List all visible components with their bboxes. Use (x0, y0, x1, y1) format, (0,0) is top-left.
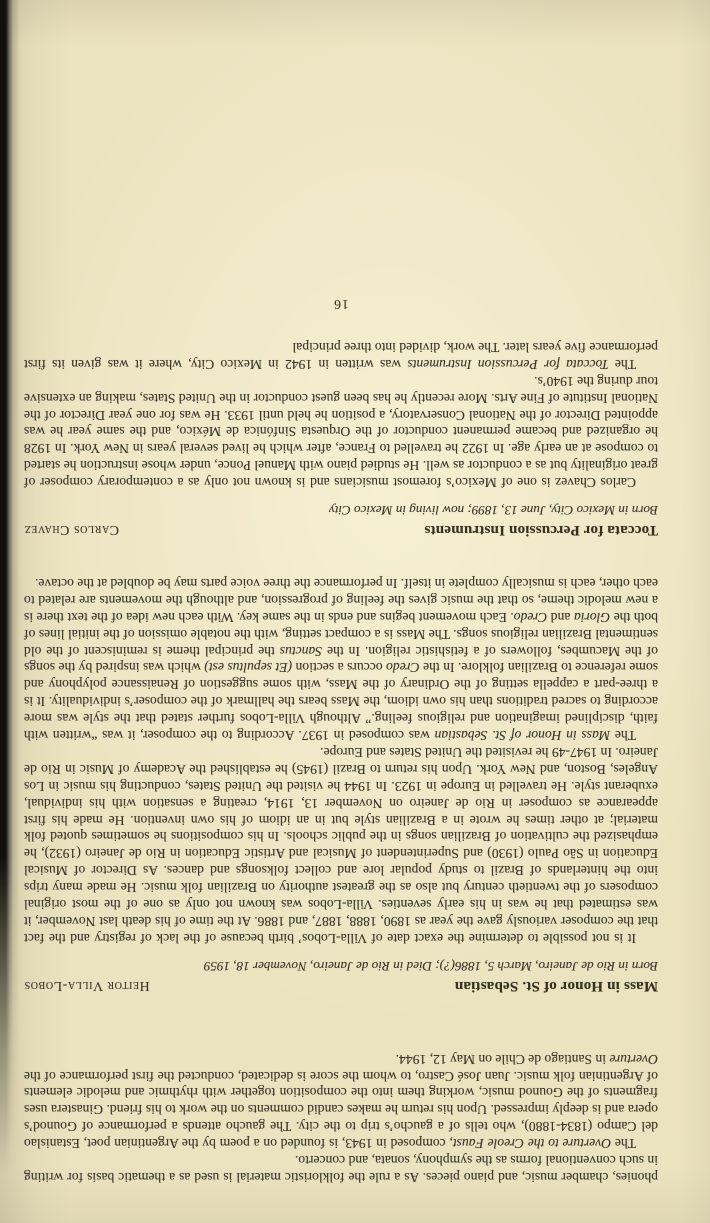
italic-text-run: Credo (514, 610, 547, 625)
text-run: Carlos Chavez is one of Mexico’s foremos… (24, 374, 658, 490)
work-heading-row: Toccata for Percussion Instruments Carlo… (24, 521, 658, 538)
text-run: in Santiago de Chile on May 12, 1944. (396, 1052, 610, 1067)
paragraph-continuation: phonies, chamber music, and piano pieces… (24, 1151, 658, 1185)
italic-text-run: (Et sepultus est) (204, 660, 292, 675)
life-dates-carlos-chavez: Born in Mexico City, June 13, 1899; now … (24, 501, 658, 518)
paragraph-villa-lobos-biography: It is not possible to determine the exac… (24, 743, 658, 946)
text-run: and (547, 610, 574, 625)
section-ginastera-continuation: phonies, chamber music, and piano pieces… (24, 1050, 658, 1185)
paragraph-mass-description: The Mass in Honor of St. Sebastian was c… (24, 574, 658, 743)
work-title-mass: Mass in Honor of St. Sebastian (455, 977, 658, 994)
italic-text-run: Gloria (574, 610, 610, 625)
italic-text-run: Credo (386, 660, 419, 675)
italic-text-run: Overture to the Creole Faust (453, 1136, 611, 1151)
work-title-toccata: Toccata for Percussion Instruments (424, 521, 658, 538)
section-villa-lobos-mass: Mass in Honor of St. Sebastian Heitor Vi… (24, 574, 658, 994)
life-dates-villa-lobos: Born in Rio de Janeiro, March 5, 1886(?)… (24, 957, 658, 974)
italic-text-run: Mass in Honor of St. Sebastian (435, 728, 611, 743)
text-run: occurs a section (292, 660, 386, 675)
text-run: The (611, 1136, 636, 1151)
page-content-rotated-180: phonies, chamber music, and piano pieces… (0, 0, 710, 1223)
italic-text-run: Sanctus (280, 644, 322, 659)
italic-text-run: Overture (609, 1052, 658, 1067)
text-run: It is not possible to determine the exac… (24, 745, 658, 946)
composer-name-villa-lobos: Heitor Villa-Lobos (24, 977, 150, 994)
italic-text-run: Toccata for Percussion Instruments (407, 357, 608, 372)
paragraph-toccata-description: The Toccata for Percussion Instruments w… (24, 338, 658, 372)
section-chavez-toccata: Toccata for Percussion Instruments Carlo… (24, 338, 658, 538)
book-gutter-shadow (0, 0, 20, 1223)
text-run: The (610, 728, 636, 743)
text-run: The (609, 357, 636, 372)
page-number: 16 (24, 295, 658, 312)
paragraph-chavez-biography: Carlos Chavez is one of Mexico’s foremos… (24, 372, 658, 490)
work-heading-row: Mass in Honor of St. Sebastian Heitor Vi… (24, 977, 658, 994)
paragraph-overture-creole-faust: The Overture to the Creole Faust, compos… (24, 1050, 658, 1151)
scanned-book-page: phonies, chamber music, and piano pieces… (0, 0, 710, 1223)
composer-name-carlos-chavez: Carlos Chavez (24, 521, 119, 538)
text-run: phonies, chamber music, and piano pieces… (24, 1153, 658, 1185)
